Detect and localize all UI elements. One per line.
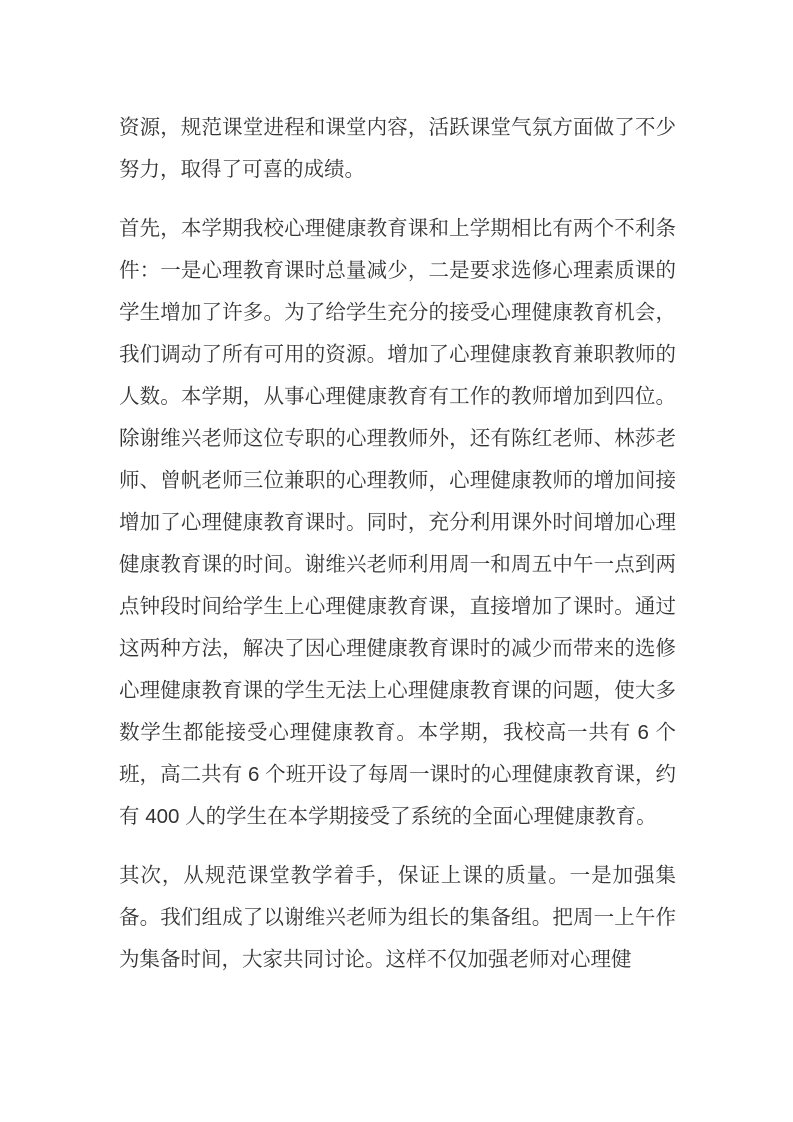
paragraph-qici: 其次，从规范课堂教学着手，保证上课的质量。一是加强集备。我们组成了以谢维兴老师为… [119, 855, 676, 981]
paragraph-shouxian: 首先，本学期我校心理健康教育课和上学期相比有两个不利条件：一是心理教育课时总量减… [119, 208, 676, 838]
paragraph-continuation: 资源，规范课堂进程和课堂内容，活跃课堂气氛方面做了不少努力，取得了可喜的成绩。 [119, 107, 676, 191]
document-page: 资源，规范课堂进程和课堂内容，活跃课堂气氛方面做了不少努力，取得了可喜的成绩。 … [0, 0, 793, 1122]
document-text-body: 资源，规范课堂进程和课堂内容，活跃课堂气氛方面做了不少努力，取得了可喜的成绩。 … [119, 107, 676, 981]
